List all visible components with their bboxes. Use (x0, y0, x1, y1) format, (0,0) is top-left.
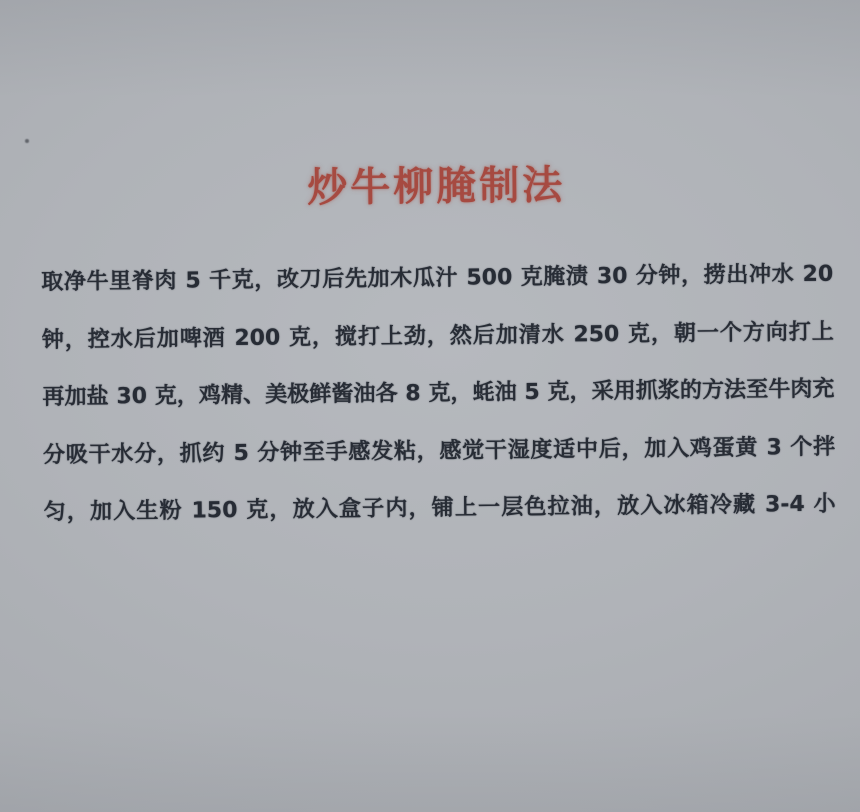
recipe-line-3: 再加盐 30 克，鸡精、美极鲜酱油各 8 克，蚝油 5 克，采用抓浆的方法至牛肉… (42, 361, 835, 427)
recipe-title: 炒牛柳腌制法 (40, 158, 832, 216)
recipe-photo: 炒牛柳腌制法 取净牛里脊肉 5 千克，改刀后先加木瓜汁 500 克腌渍 30 分… (0, 0, 860, 812)
recipe-line-4: 分吸干水分，抓约 5 分钟至手感发粘，感觉干湿度适中后，加入鸡蛋黄 3 个拌 (43, 418, 836, 484)
recipe-body: 取净牛里脊肉 5 千克，改刀后先加木瓜汁 500 克腌渍 30 分钟，捞出冲水 … (41, 246, 836, 542)
recipe-line-2: 钟，控水后加啤酒 200 克，搅打上劲，然后加清水 250 克，朝一个方向打上劲… (42, 303, 835, 369)
recipe-line-5: 匀，加入生粉 150 克，放入盒子内，铺上一层色拉油，放入冰箱冷藏 3-4 小时… (43, 476, 836, 542)
dust-speck (25, 139, 29, 143)
recipe-content: 炒牛柳腌制法 取净牛里脊肉 5 千克，改刀后先加木瓜汁 500 克腌渍 30 分… (40, 158, 836, 542)
recipe-line-1: 取净牛里脊肉 5 千克，改刀后先加木瓜汁 500 克腌渍 30 分钟，捞出冲水 … (41, 246, 834, 312)
